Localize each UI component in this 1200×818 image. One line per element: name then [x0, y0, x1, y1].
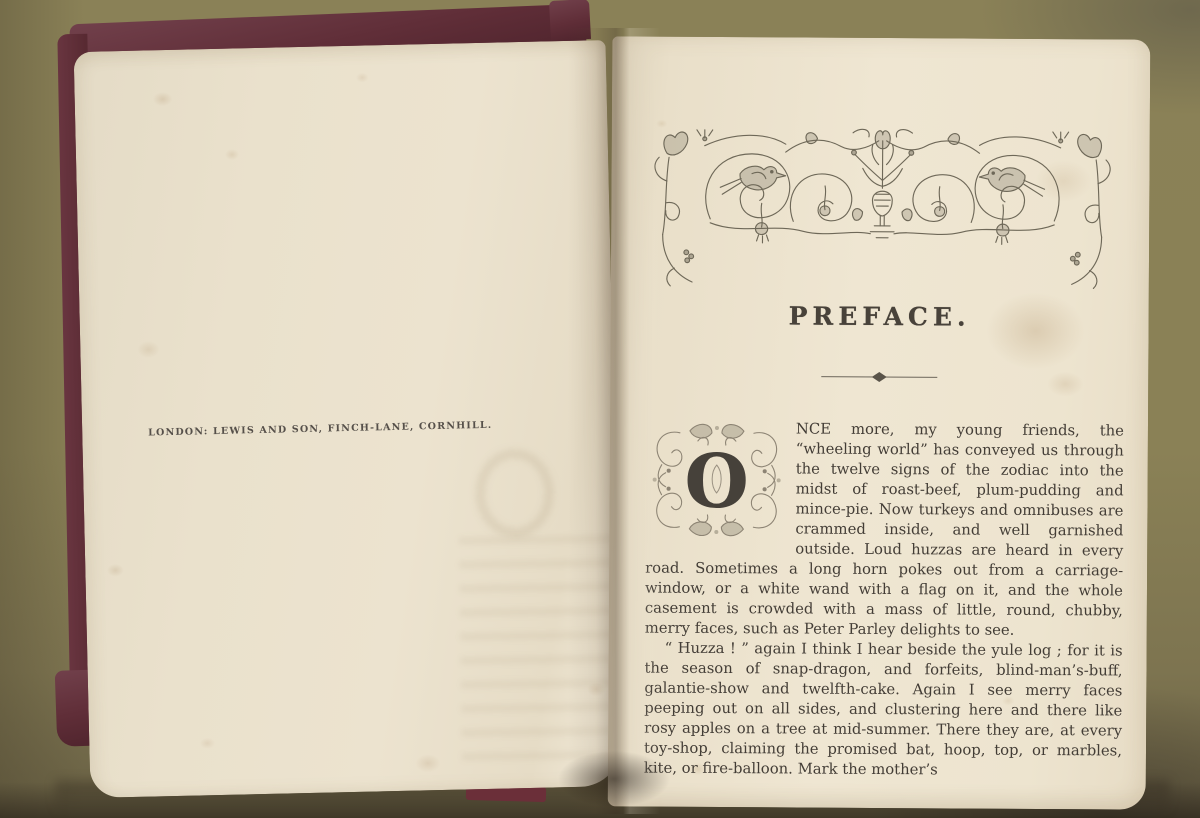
showthrough-text-ghost: [459, 535, 620, 767]
right-page: PREFACE.: [608, 36, 1151, 809]
floral-headpiece-engraving-icon: [644, 124, 1121, 301]
preface-paragraph-2: “ Huzza ! ” again I think I hear beside …: [644, 639, 1123, 782]
printer-imprint: LONDON: LEWIS AND SON, FINCH-LANE, CORNH…: [54, 418, 586, 441]
drop-cap-letter: O: [684, 439, 749, 525]
rule-with-diamond-icon: [819, 371, 939, 384]
page-title: PREFACE.: [611, 300, 1149, 332]
title-divider: [610, 366, 1148, 388]
left-page: LONDON: LEWIS AND SON, FINCH-LANE, CORNH…: [74, 40, 623, 798]
drop-cap-block: O: [645, 421, 788, 540]
book-spine-top: [549, 0, 591, 41]
preface-body: O NCE more, my young friends, the “wheel…: [644, 419, 1124, 782]
book-photo-scene: LONDON: LEWIS AND SON, FINCH-LANE, CORNH…: [0, 0, 1200, 818]
showthrough-initial-ghost: [476, 449, 554, 537]
vase-ornament: [851, 131, 914, 238]
ornate-initial-icon: O: [645, 421, 788, 540]
